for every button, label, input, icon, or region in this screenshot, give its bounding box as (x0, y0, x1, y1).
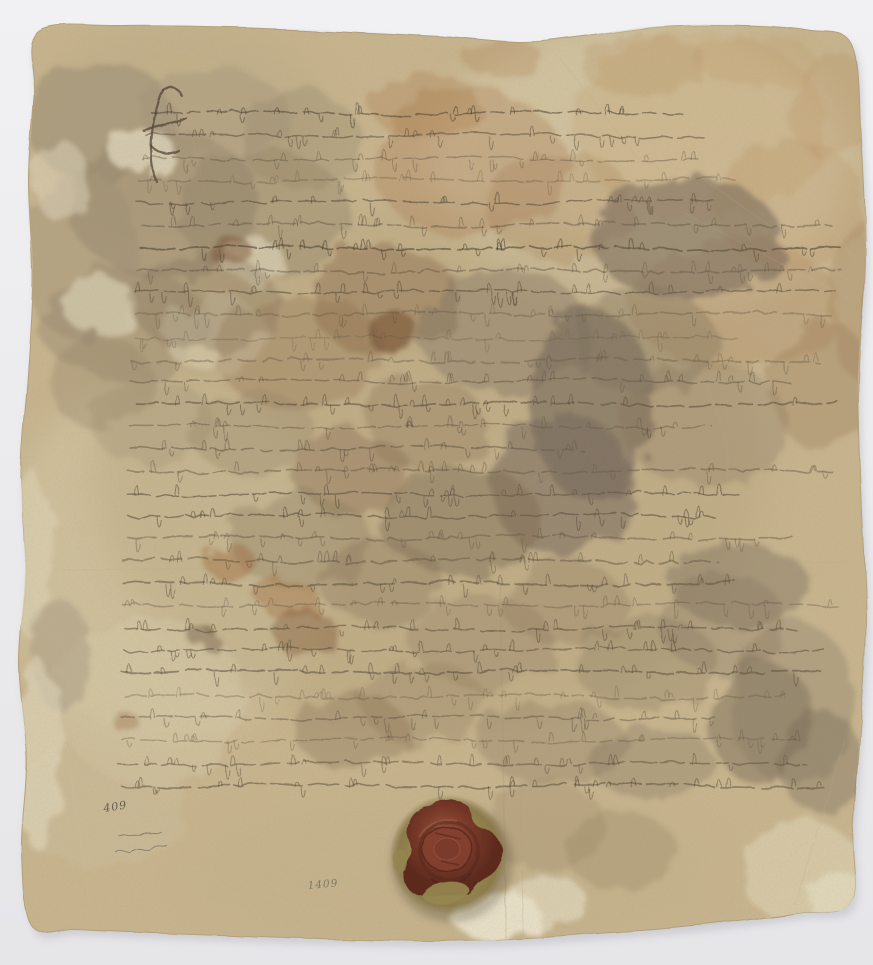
photo-of-parchment-charter: 4091409 (0, 0, 873, 965)
parchment-charter-image: 4091409 (0, 0, 873, 965)
